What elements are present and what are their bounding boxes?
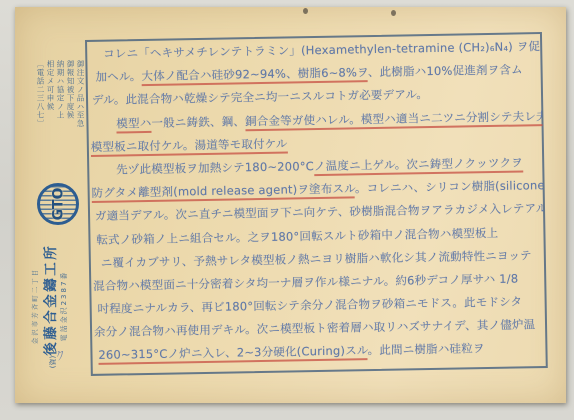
manuscript-underlined-text: 防グタメ離型剤(mold release agent)ヲ塗布スル: [91, 182, 355, 204]
manuscript-text: デル。此混合物ハ乾燥シテ完全ニ均一ニスルコトガ必要デアル。: [92, 87, 428, 107]
manuscript-underlined-text: 大体ノ配合ハ硅砂92~94%、樹脂6~8%ヲ: [141, 65, 368, 86]
gto-logo-text: GTO: [50, 188, 66, 221]
manuscript-underlined-text: 模型板ニ取付ケル。湯道等モ取付ケル: [91, 136, 288, 156]
manuscript-text: 一般ニ鋳鉄、鋼、: [151, 114, 245, 130]
manuscript-underlined-text: ノ温度ニ上ゲル。次ニ鋳型ノクッツクヲ: [314, 155, 523, 176]
letterhead-note-column: 納期ハ協定ノ上: [55, 60, 65, 184]
company-name-text: 後藤合金鑄工所: [43, 244, 59, 356]
letterhead-note-column: 〔電話二三八七〕: [35, 60, 45, 184]
manuscript-text: 。コレニハ、シリコン樹脂(silicone): [355, 178, 547, 195]
company-block-rotated: 金沢市芳斉町二丁目 (資)後藤合金鑄工所 電話金沢2387番: [19, 233, 79, 379]
manuscript-underlined-text: 銅合金等ガ使ハレル。模型ハ適当ニ二ツニ分割シテ夫レ夫レ: [245, 108, 547, 130]
manuscript-underlined-text: 260~315°Cノ炉ニ入レ、2~3分硬化(Curing)スル: [98, 344, 368, 366]
letterhead-note: 御注文ノ品ハ至急御報知被下度候納期ハ協定ノ上相定メ可申候〔電話二三八七〕: [35, 60, 85, 184]
scanned-paper: 御注文ノ品ハ至急御報知被下度候納期ハ協定ノ上相定メ可申候〔電話二三八七〕 GTO…: [15, 7, 566, 403]
manuscript: コレニ「ヘキサメチレンテトラミン」(Hexamethylen-tetramine…: [89, 38, 547, 376]
manuscript-text: 先ヅ此模型板ヲ加熱シテ180~200°C: [116, 159, 314, 176]
company-phone: 電話金沢2387番: [59, 271, 69, 342]
staple-hole: [391, 10, 396, 16]
gto-logo: GTO: [37, 183, 79, 225]
company-address: 金沢市芳斉町二丁目: [30, 268, 39, 345]
letterhead-note-column: 御注文ノ品ハ至急: [75, 60, 85, 184]
company-block: 金沢市芳斉町二丁目 (資)後藤合金鑄工所 電話金沢2387番: [19, 233, 79, 379]
manuscript-text: 。此間ニ樹脂ハ硅粒ヲ: [367, 342, 484, 358]
manuscript-underlined-text: 模型ハ: [116, 115, 151, 133]
manuscript-text: 加ヘル。: [95, 69, 141, 84]
letterhead-note-column: 相定メ可申候: [45, 60, 55, 184]
letterhead-note-column: 御報知被下度候: [65, 60, 75, 184]
staple-hole: [303, 8, 308, 14]
manuscript-text: 、此樹脂ハ10%促進剤ヲ含ム: [368, 63, 523, 80]
